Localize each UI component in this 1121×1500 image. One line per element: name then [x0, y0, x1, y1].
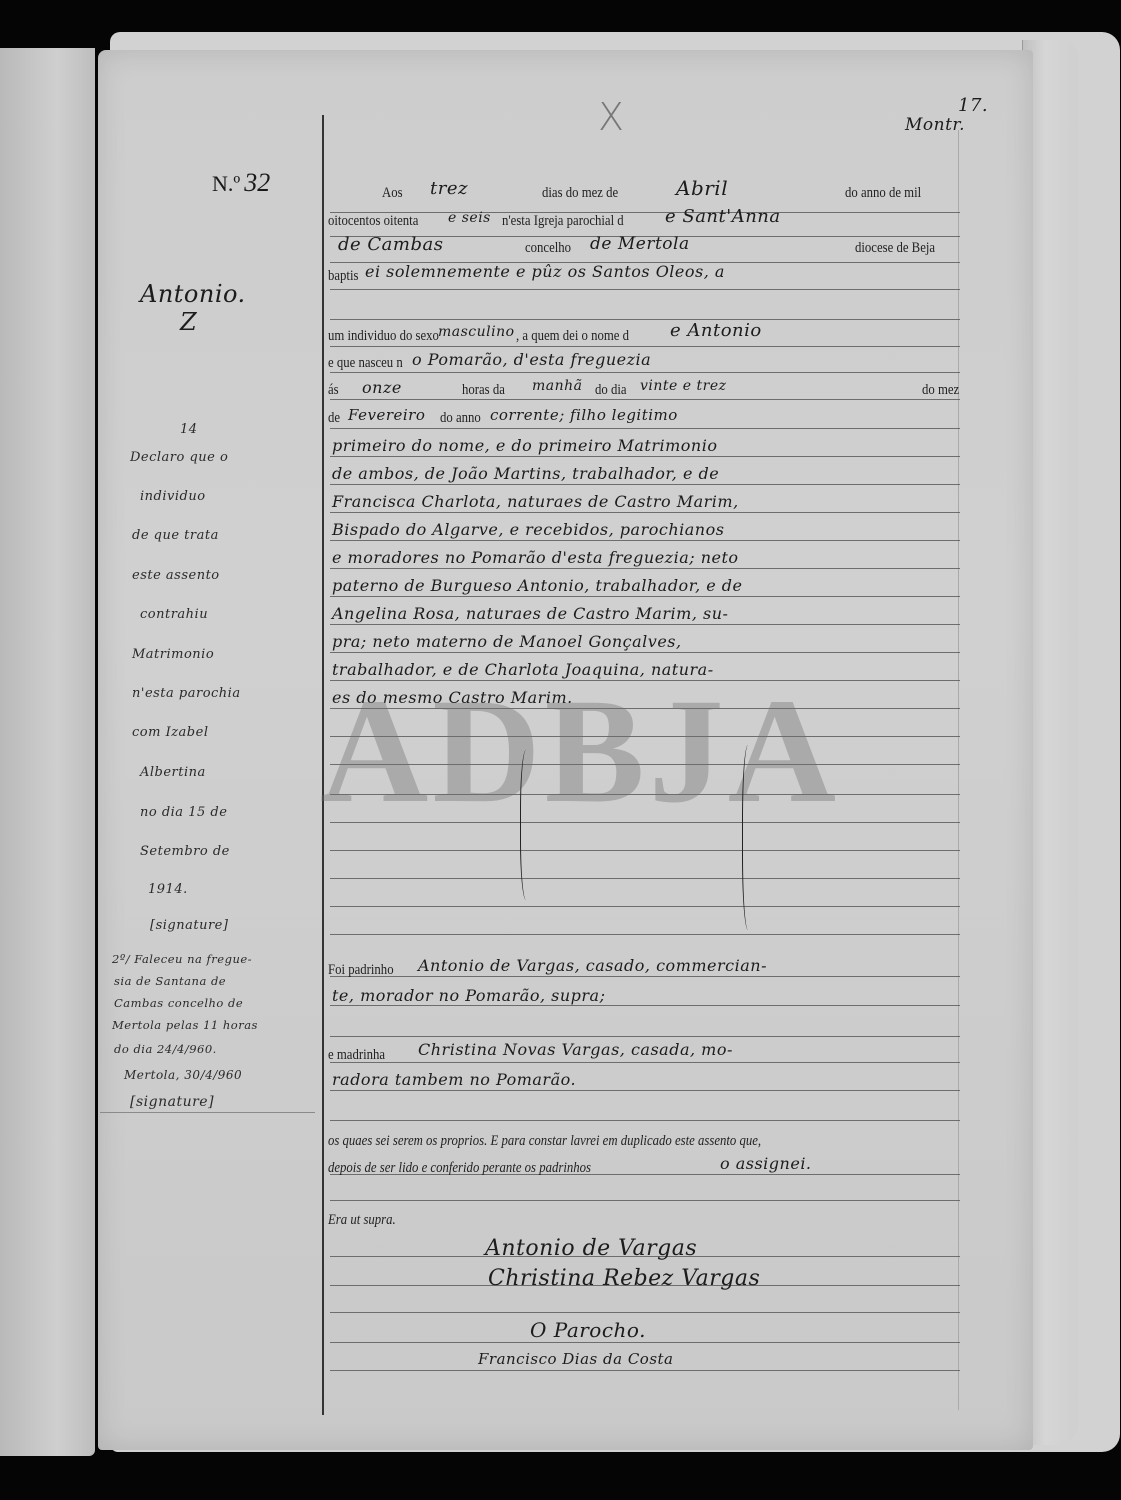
- archive-watermark: ADBJA: [320, 665, 840, 837]
- birthplace-field: o Pomarão, d'esta freguezia: [412, 350, 651, 369]
- priest-title: O Parocho.: [530, 1318, 646, 1342]
- hour-field: onze: [362, 378, 402, 397]
- parish-cont-field: de Cambas: [338, 234, 443, 255]
- facing-page-edge: [0, 48, 95, 1456]
- municipality-field: de Mertola: [590, 234, 690, 254]
- margin-note1-ref: 14: [180, 422, 198, 437]
- month-field: Abril: [676, 176, 728, 200]
- godmother-field: Christina Novas Vargas, casada, mo-: [418, 1040, 733, 1059]
- closing-text: os quaes sei serem os proprios. E para c…: [328, 1133, 761, 1150]
- year-field: e seis: [448, 210, 491, 226]
- blank-line-mark: [742, 745, 757, 930]
- birth-month-field: Fevereiro: [348, 406, 425, 424]
- priest-signature: Francisco Dias da Costa: [478, 1350, 674, 1368]
- child-name-field: e Antonio: [670, 320, 762, 341]
- sex-field: masculino: [438, 324, 515, 340]
- birth-day-field: vinte e trez: [640, 378, 726, 394]
- period-field: manhã: [532, 378, 583, 394]
- margin-note1-signature: [signature]: [150, 918, 228, 933]
- godmother-signature: Christina Rebez Vargas: [488, 1266, 760, 1291]
- cross-mark: X: [598, 95, 624, 139]
- baptism-manner-field: ei solemnemente e pûz os Santos Oleos, a: [365, 262, 725, 281]
- margin-note2-signature: [signature]: [130, 1094, 214, 1110]
- parish-field: e Sant'Anna: [665, 206, 781, 227]
- margin-child-name: Antonio.: [140, 280, 246, 308]
- folio-annotation: Montr.: [905, 115, 965, 135]
- godfather-field: Antonio de Vargas, casado, commercian-: [418, 956, 767, 975]
- right-margin-rule: [958, 130, 959, 1410]
- godfather-signature: Antonio de Vargas: [485, 1236, 697, 1261]
- birth-year-field: corrente; filho legitimo: [490, 406, 678, 424]
- margin-mark: Z: [180, 308, 197, 336]
- signed-field: o assignei.: [720, 1154, 812, 1173]
- folio-number: 17.: [958, 95, 988, 116]
- blank-line-mark: [520, 750, 535, 900]
- day-field: trez: [430, 178, 468, 199]
- entry-number: N.º32: [212, 168, 270, 198]
